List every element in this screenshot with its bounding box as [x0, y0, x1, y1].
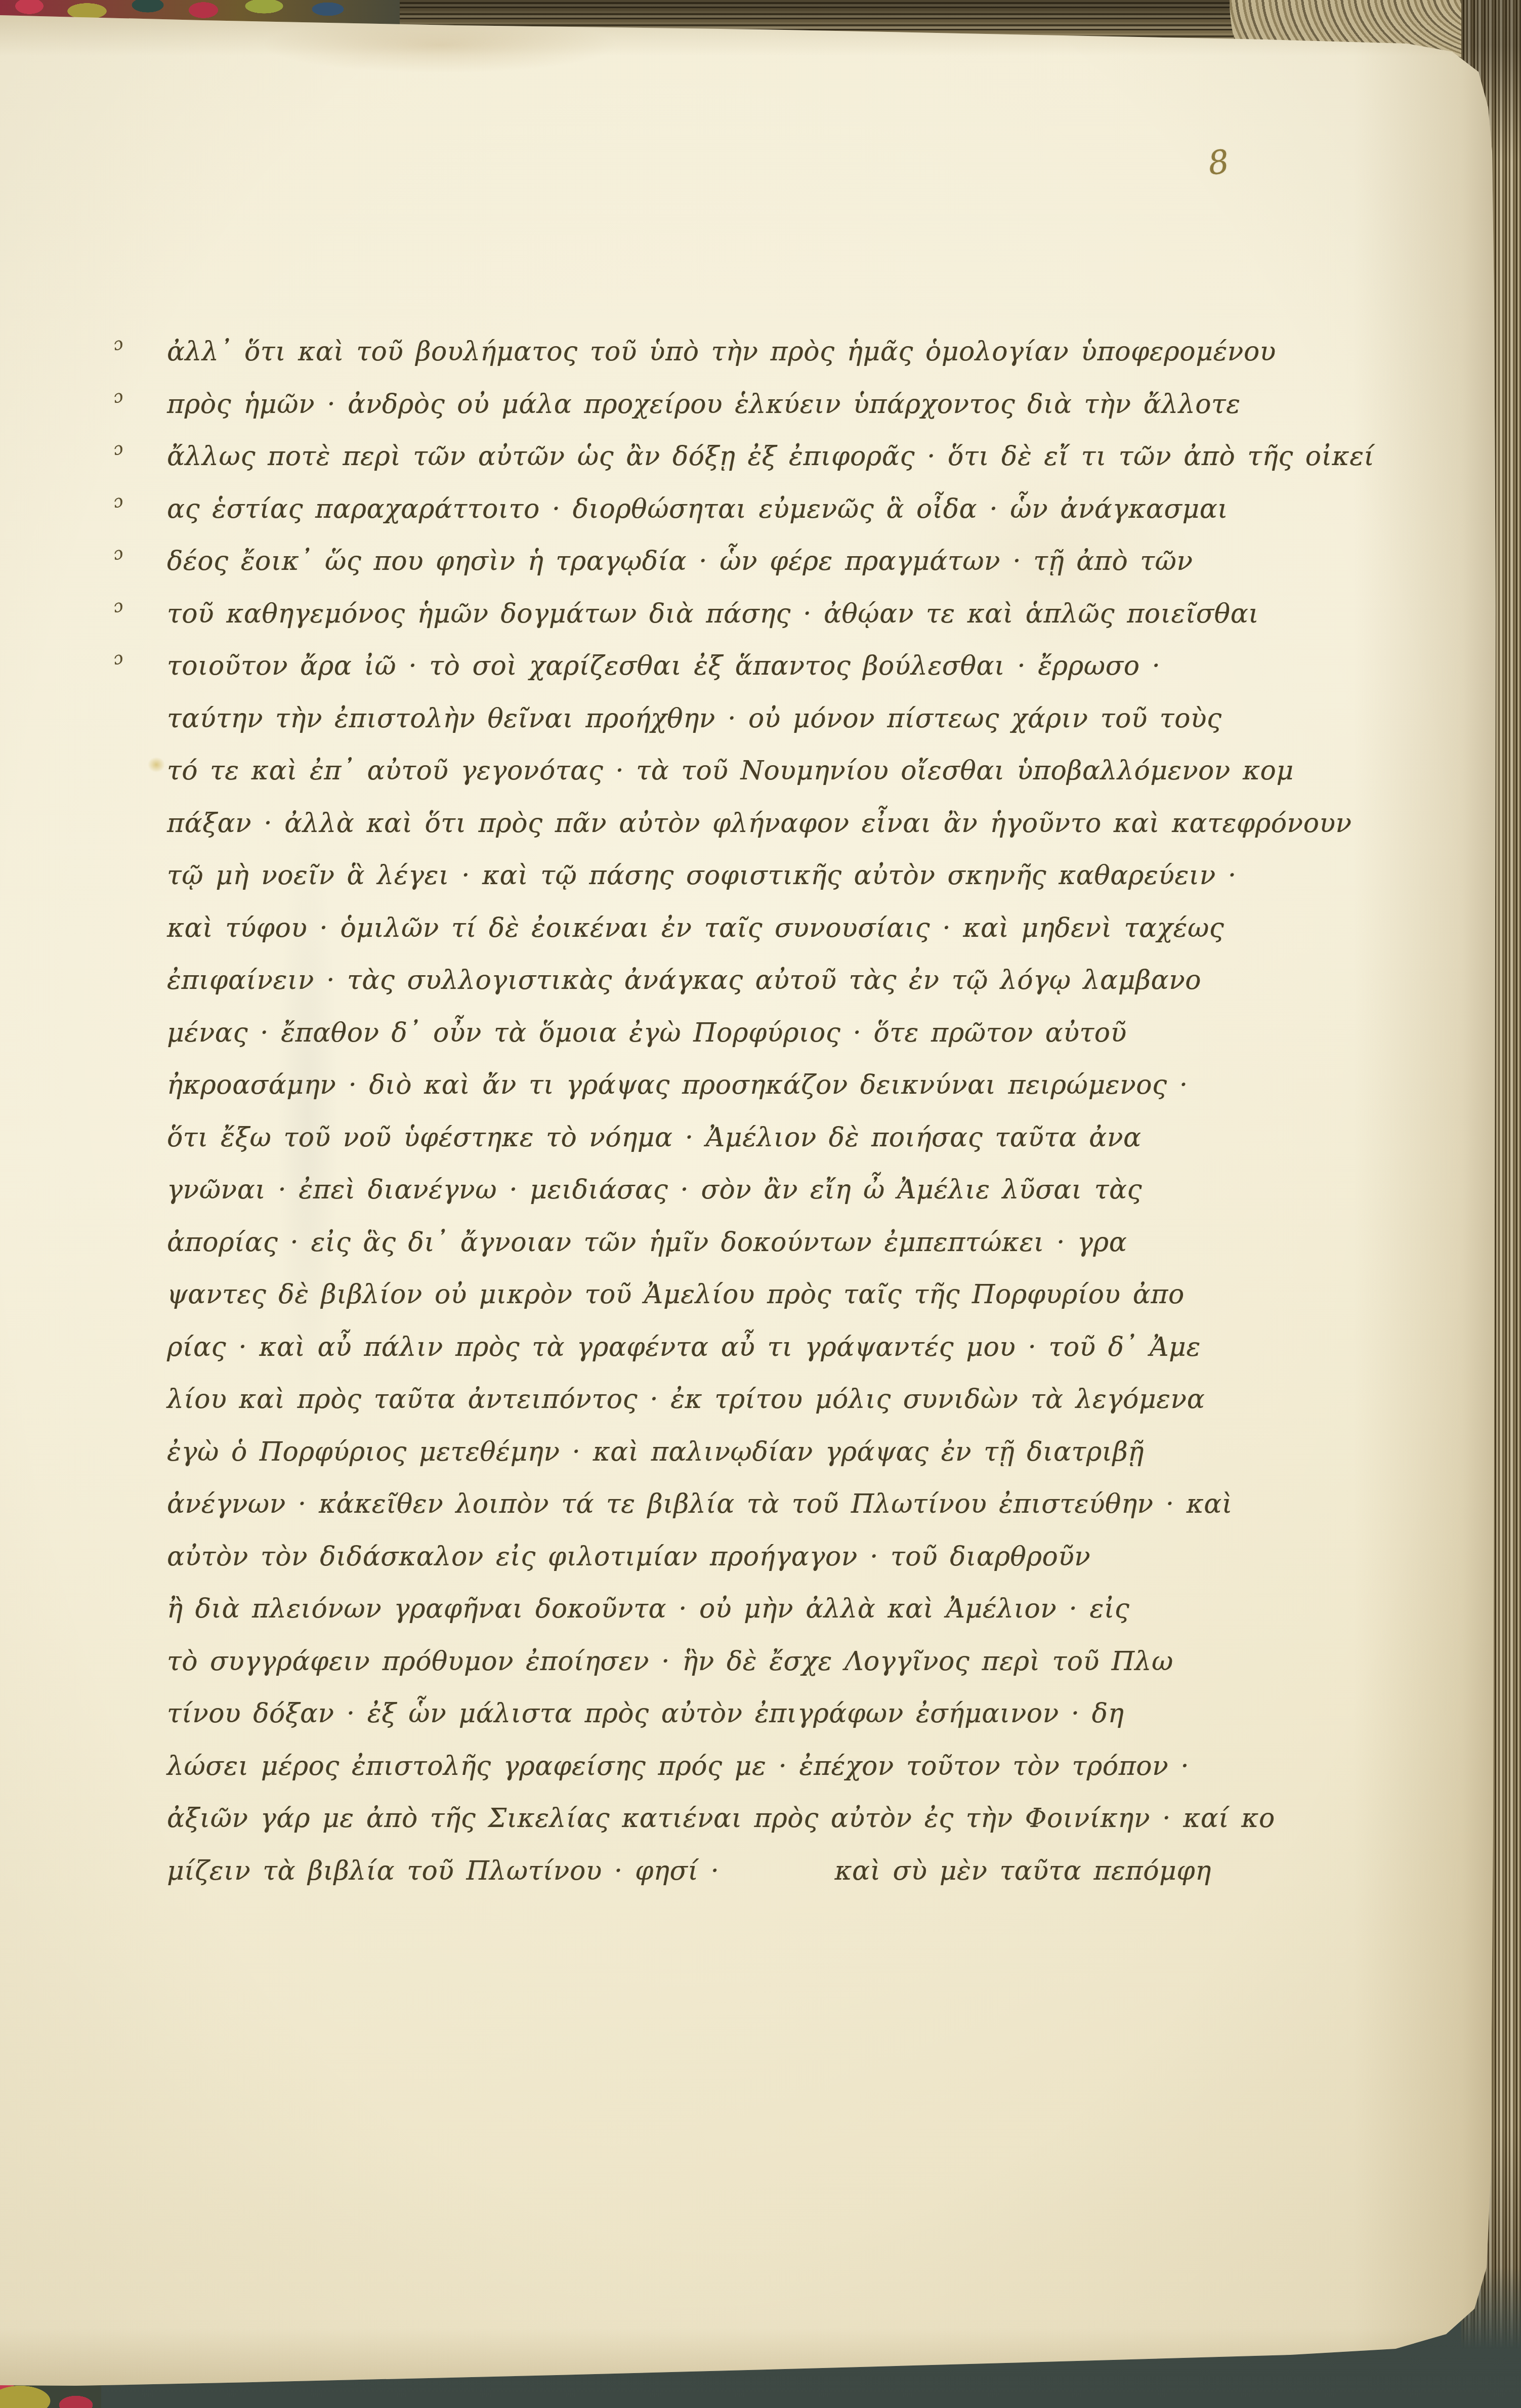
line-text: ἄλλως ποτὲ περὶ τῶν αὐτῶν ὡς ἂν δόξῃ ἐξ …	[167, 441, 1374, 472]
line-text: τοῦ καθηγεμόνος ἡμῶν δογμάτων διὰ πάσης …	[167, 599, 1259, 629]
manuscript-line: πάξαν · ἀλλὰ καὶ ὅτι πρὸς πᾶν αὐτὸν φλήν…	[167, 798, 1352, 849]
line-text: ὅτι ἔξω τοῦ νοῦ ὑφέστηκε τὸ νόημα · Ἀμέλ…	[167, 1123, 1142, 1153]
manuscript-line: ὅτι ἔξω τοῦ νοῦ ὑφέστηκε τὸ νόημα · Ἀμέλ…	[167, 1112, 1142, 1163]
manuscript-line: τῷ μὴ νοεῖν ἃ λέγει · καὶ τῷ πάσης σοφισ…	[167, 850, 1237, 901]
manuscript-line: ταύτην τὴν ἐπιστολὴν θεῖναι προήχθην · ο…	[167, 693, 1222, 744]
line-text: ας ἑστίας παραχαράττοιτο · διορθώσηται ε…	[167, 494, 1228, 524]
line-text: λώσει μέρος ἐπιστολῆς γραφείσης πρός με …	[167, 1751, 1189, 1781]
line-text: τοιοῦτον ἄρα ἰῶ · τὸ σοὶ χαρίζεσθαι ἐξ ἅ…	[167, 651, 1161, 681]
line-text: μίζειν τὰ βιβλία τοῦ Πλωτίνου · φησί ·	[167, 1856, 719, 1886]
line-text: πάξαν · ἀλλὰ καὶ ὅτι πρὸς πᾶν αὐτὸν φλήν…	[167, 808, 1352, 839]
line-text: ἐγὼ ὁ Πορφύριος μετεθέμην · καὶ παλινῳδί…	[167, 1437, 1144, 1467]
line-text: καὶ σὺ μὲν ταῦτα πεπόμφη	[834, 1856, 1211, 1886]
manuscript-page: 8 ɔɔɔɔɔɔɔ ἀλλ᾽ ὅτι καὶ τοῦ βουλήματος το…	[0, 0, 1521, 2408]
line-text: ἀπορίας · εἰς ἃς δι᾽ ἄγνοιαν τῶν ἡμῖν δο…	[167, 1227, 1127, 1258]
manuscript-line: ἐγὼ ὁ Πορφύριος μετεθέμην · καὶ παλινῳδί…	[167, 1427, 1144, 1477]
manuscript-line: ἐπιφαίνειν · τὰς συλλογιστικὰς ἀνάγκας α…	[167, 955, 1201, 1006]
line-text: μένας · ἔπαθον δ᾽ οὖν τὰ ὅμοια ἐγὼ Πορφύ…	[167, 1018, 1127, 1048]
line-text: ψαντες δὲ βιβλίον οὐ μικρὸν τοῦ Ἀμελίου …	[167, 1279, 1185, 1310]
line-text: αὐτὸν τὸν διδάσκαλον εἰς φιλοτιμίαν προή…	[167, 1542, 1090, 1572]
line-text: ἠκροασάμην · διὸ καὶ ἄν τι γράψας προσηκ…	[167, 1070, 1188, 1100]
manuscript-line: ψαντες δὲ βιβλίον οὐ μικρὸν τοῦ Ἀμελίου …	[167, 1269, 1185, 1320]
line-text: ρίας · καὶ αὖ πάλιν πρὸς τὰ γραφέντα αὖ …	[167, 1332, 1201, 1362]
manuscript-line: δέος ἔοικ᾽ ὥς που φησὶν ἡ τραγῳδία · ὧν …	[167, 536, 1193, 587]
line-text: ἀξιῶν γάρ με ἀπὸ τῆς Σικελίας κατιέναι π…	[167, 1803, 1275, 1834]
line-text: δέος ἔοικ᾽ ὥς που φησὶν ἡ τραγῳδία · ὧν …	[167, 546, 1193, 576]
manuscript-line: τίνου δόξαν · ἐξ ὧν μάλιστα πρὸς αὐτὸν ἐ…	[167, 1688, 1124, 1739]
manuscript-line: τοῦ καθηγεμόνος ἡμῶν δογμάτων διὰ πάσης …	[167, 589, 1259, 639]
manuscript-line: ἀξιῶν γάρ με ἀπὸ τῆς Σικελίας κατιέναι π…	[167, 1793, 1275, 1844]
manuscript-line: λώσει μέρος ἐπιστολῆς γραφείσης πρός με …	[167, 1741, 1189, 1792]
line-text: ταύτην τὴν ἐπιστολὴν θεῖναι προήχθην · ο…	[167, 703, 1222, 734]
manuscript-line: τὸ συγγράφειν πρόθυμον ἐποίησεν · ἣν δὲ …	[167, 1636, 1173, 1687]
manuscript-line: ἢ διὰ πλειόνων γραφῆναι δοκοῦντα · οὐ μὴ…	[167, 1584, 1129, 1634]
manuscript-line: μίζειν τὰ βιβλία τοῦ Πλωτίνου · φησί ·κα…	[167, 1846, 1211, 1896]
text-block: ἀλλ᾽ ὅτι καὶ τοῦ βουλήματος τοῦ ὑπὸ τὴν …	[0, 0, 1521, 2408]
manuscript-line: ας ἑστίας παραχαράττοιτο · διορθώσηται ε…	[167, 484, 1228, 534]
line-text: τίνου δόξαν · ἐξ ὧν μάλιστα πρὸς αὐτὸν ἐ…	[167, 1698, 1124, 1729]
line-text: τὸ συγγράφειν πρόθυμον ἐποίησεν · ἣν δὲ …	[167, 1646, 1173, 1677]
manuscript-line: καὶ τύφου · ὁμιλῶν τί δὲ ἐοικέναι ἐν ταῖ…	[167, 903, 1224, 953]
line-text: καὶ τύφου · ὁμιλῶν τί δὲ ἐοικέναι ἐν ταῖ…	[167, 913, 1224, 943]
line-text: ἢ διὰ πλειόνων γραφῆναι δοκοῦντα · οὐ μὴ…	[167, 1594, 1129, 1624]
line-text: τῷ μὴ νοεῖν ἃ λέγει · καὶ τῷ πάσης σοφισ…	[167, 860, 1237, 891]
manuscript-line: ἄλλως ποτὲ περὶ τῶν αὐτῶν ὡς ἂν δόξῃ ἐξ …	[167, 431, 1374, 482]
manuscript-photo: 8 ɔɔɔɔɔɔɔ ἀλλ᾽ ὅτι καὶ τοῦ βουλήματος το…	[0, 0, 1521, 2408]
manuscript-line: λίου καὶ πρὸς ταῦτα ἀντειπόντος · ἐκ τρί…	[167, 1374, 1205, 1425]
manuscript-line: ἠκροασάμην · διὸ καὶ ἄν τι γράψας προσηκ…	[167, 1060, 1188, 1110]
manuscript-line: μένας · ἔπαθον δ᾽ οὖν τὰ ὅμοια ἐγὼ Πορφύ…	[167, 1008, 1127, 1058]
line-text: τό τε καὶ ἐπ᾽ αὐτοῦ γεγονότας · τὰ τοῦ Ν…	[167, 756, 1294, 786]
line-text: ἐπιφαίνειν · τὰς συλλογιστικὰς ἀνάγκας α…	[167, 965, 1201, 995]
manuscript-line: γνῶναι · ἐπεὶ διανέγνω · μειδιάσας · σὸν…	[167, 1165, 1142, 1215]
line-text: ἀλλ᾽ ὅτι καὶ τοῦ βουλήματος τοῦ ὑπὸ τὴν …	[167, 337, 1276, 367]
line-text: λίου καὶ πρὸς ταῦτα ἀντειπόντος · ἐκ τρί…	[167, 1384, 1205, 1415]
manuscript-line: ἀλλ᾽ ὅτι καὶ τοῦ βουλήματος τοῦ ὑπὸ τὴν …	[167, 326, 1276, 377]
manuscript-line: αὐτὸν τὸν διδάσκαλον εἰς φιλοτιμίαν προή…	[167, 1531, 1090, 1582]
line-text: ἀνέγνων · κἀκεῖθεν λοιπὸν τά τε βιβλία τ…	[167, 1489, 1233, 1519]
manuscript-line: ρίας · καὶ αὖ πάλιν πρὸς τὰ γραφέντα αὖ …	[167, 1322, 1201, 1373]
line-text: γνῶναι · ἐπεὶ διανέγνω · μειδιάσας · σὸν…	[167, 1175, 1142, 1205]
manuscript-line: τό τε καὶ ἐπ᾽ αὐτοῦ γεγονότας · τὰ τοῦ Ν…	[167, 745, 1294, 796]
manuscript-line: ἀπορίας · εἰς ἃς δι᾽ ἄγνοιαν τῶν ἡμῖν δο…	[167, 1217, 1127, 1268]
manuscript-line: ἀνέγνων · κἀκεῖθεν λοιπὸν τά τε βιβλία τ…	[167, 1479, 1233, 1529]
manuscript-line: πρὸς ἡμῶν · ἀνδρὸς οὐ μάλα προχείρου ἑλκ…	[167, 379, 1241, 430]
manuscript-line: τοιοῦτον ἄρα ἰῶ · τὸ σοὶ χαρίζεσθαι ἐξ ἅ…	[167, 641, 1161, 691]
line-text: πρὸς ἡμῶν · ἀνδρὸς οὐ μάλα προχείρου ἑλκ…	[167, 389, 1241, 420]
